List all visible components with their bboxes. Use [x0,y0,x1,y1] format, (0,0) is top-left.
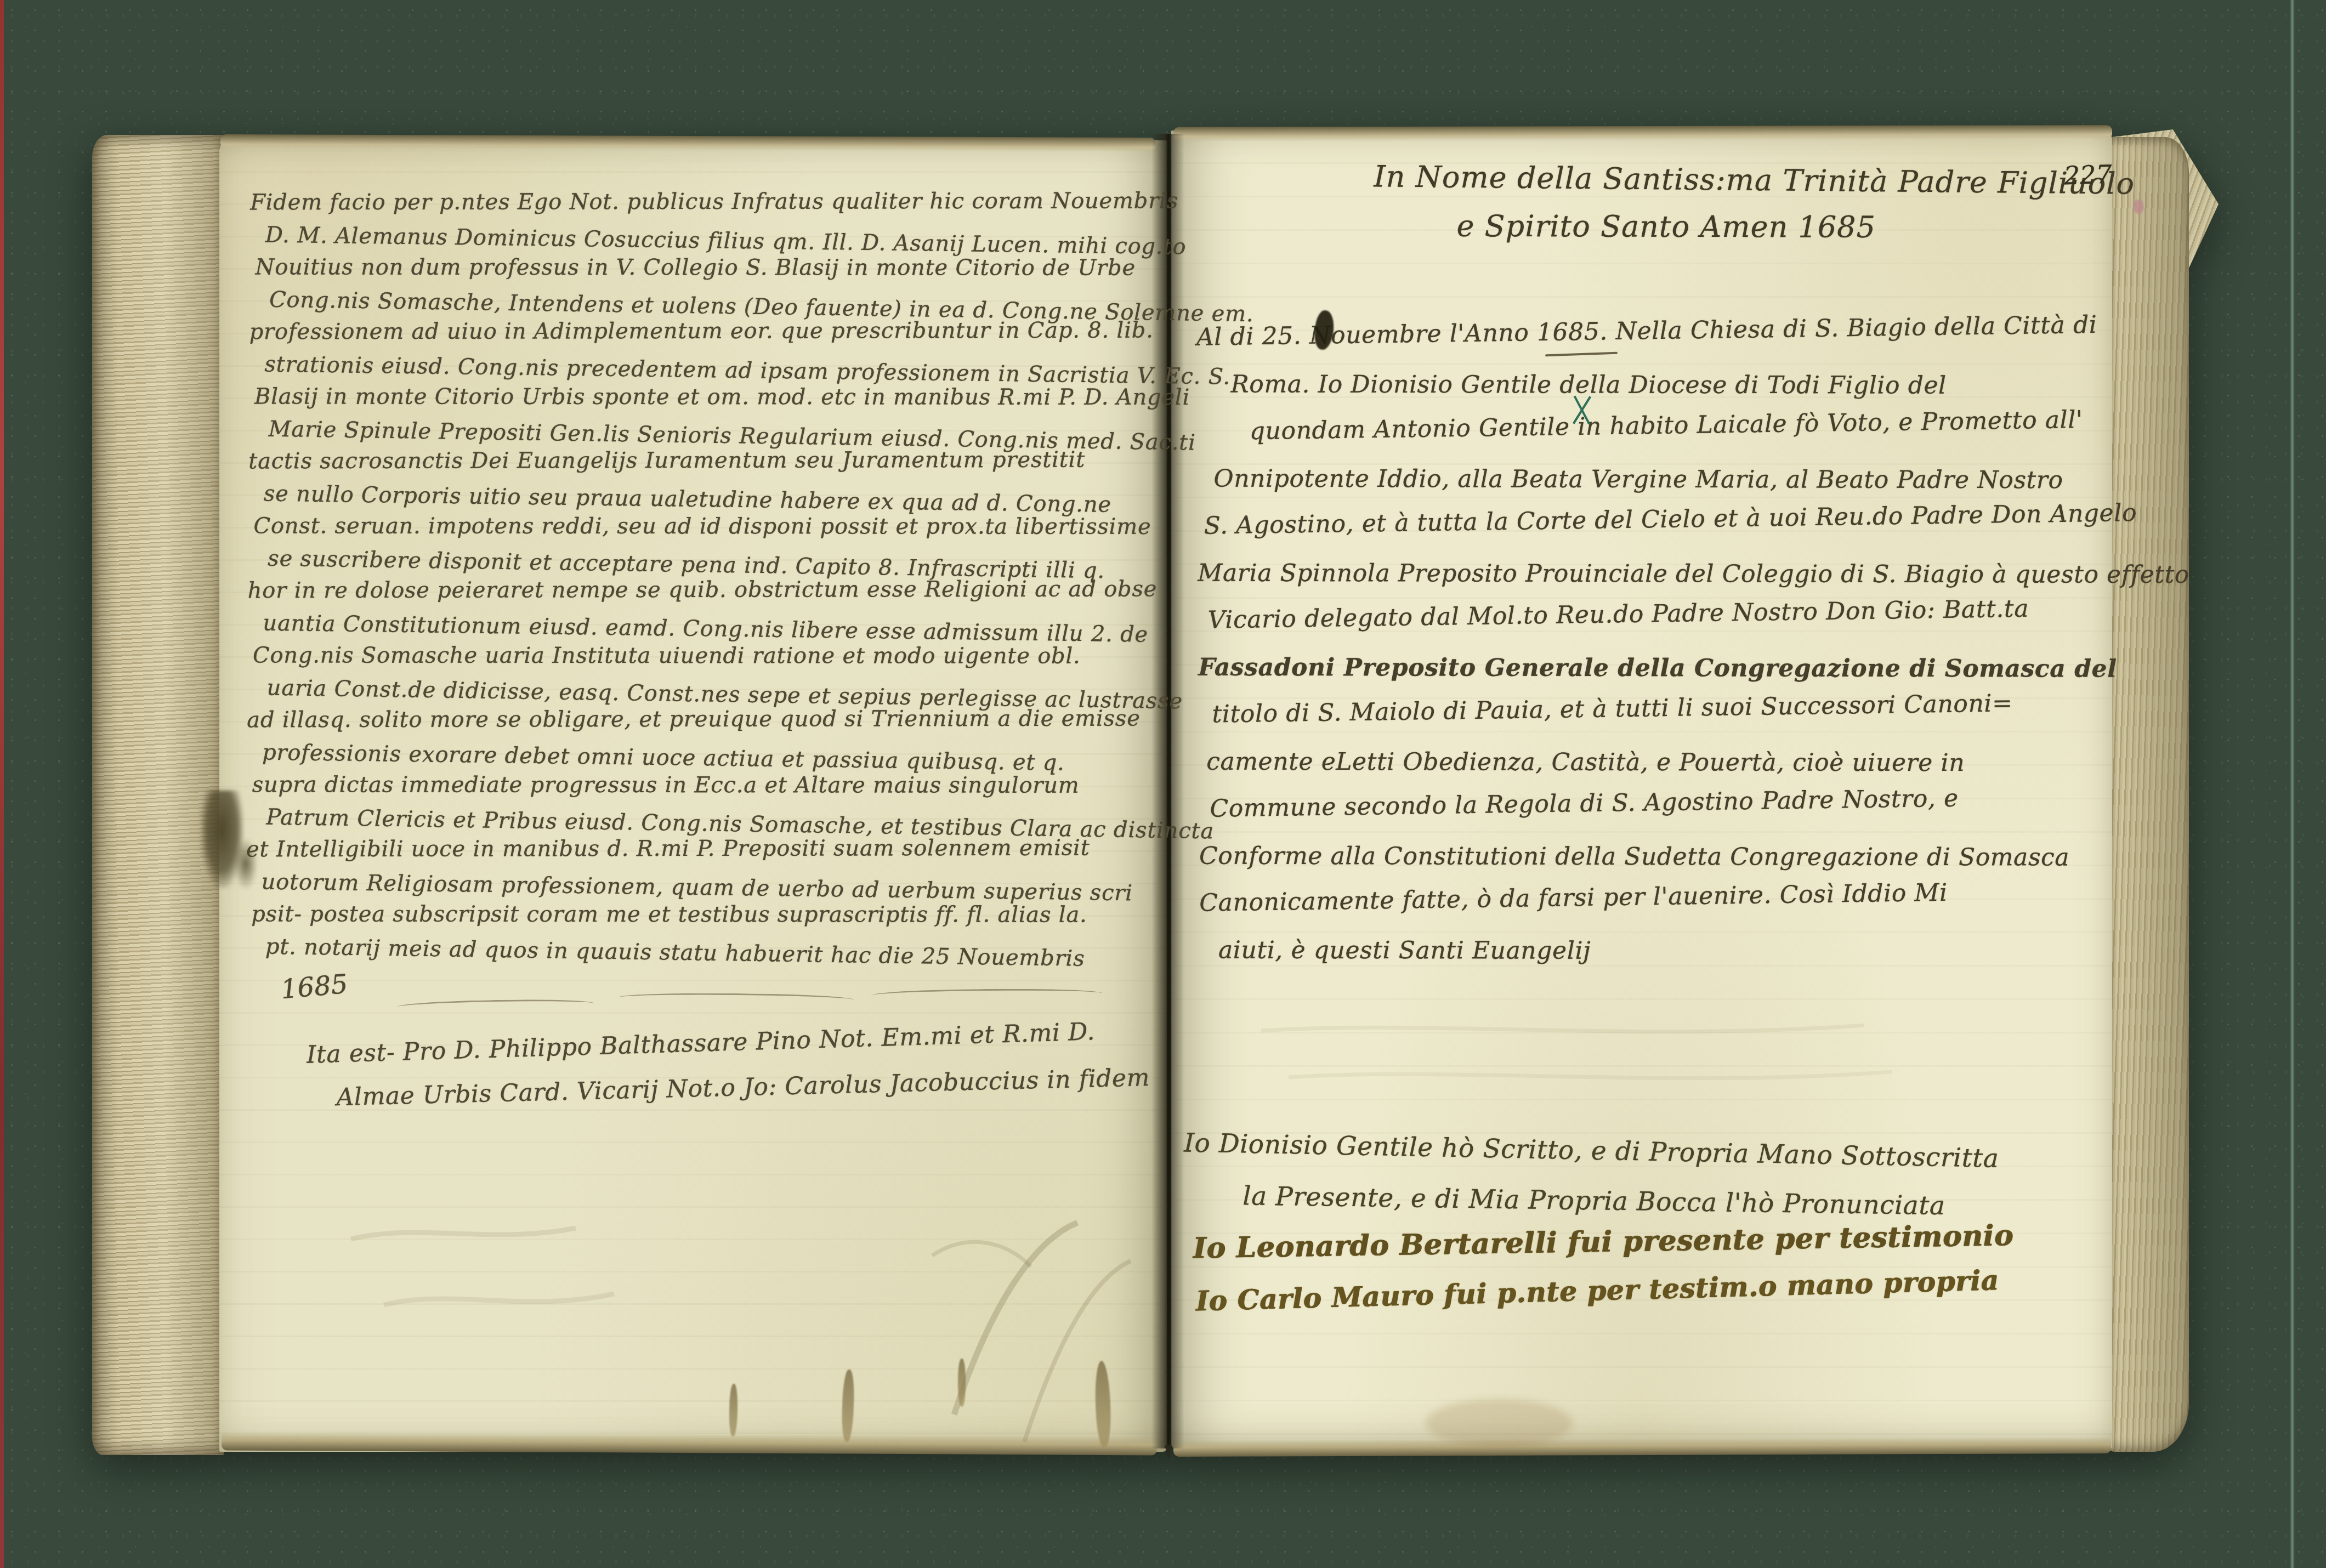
header-line: In Nome della Santiss:ma Trinità Padre F… [1374,152,2135,208]
left-page-latin-act: Fidem facio per p.ntes Ego Not. publicus… [246,186,1255,969]
left-manuscript-line: Cong.nis Somasche uaria Instituta uiuend… [253,639,1251,673]
left-manuscript-line: Fidem facio per p.ntes Ego Not. publicus… [250,185,1255,219]
left-manuscript-line: et Intelligibili uoce in manibus d. R.mi… [246,832,1251,866]
scanned-book-photo: Fidem facio per p.ntes Ego Not. publicus… [0,0,2326,1568]
left-manuscript-line: ad illasq. solito more se obligare, et p… [247,702,1251,736]
right-page-vow-text: Al di 25. Nouembre l'Anno 1685. Nella Ch… [1196,309,2192,974]
left-page-year: 1685 [280,969,349,1005]
left-manuscript-line: Blasij in monte Citorio Urbis sponte et … [254,380,1253,414]
left-manuscript-line: hor in re dolose peieraret nempe se quib… [248,573,1252,607]
left-manuscript-line: tactis sacrosanctis Dei Euangelijs Iuram… [248,444,1253,478]
ink-drip [958,1359,966,1407]
fore-edge-stain-small [234,838,258,890]
right-page-invocation-header: In Nome della Santiss:ma Trinità Padre F… [1373,152,2135,257]
left-manuscript-line: supra dictas immediate progressus in Ecc… [252,769,1251,802]
right-page-signatures: Io Dionisio Gentile hò Scritto, e di Pro… [1182,1117,2015,1334]
green-x-mark [1566,390,1595,430]
left-manuscript-line: Nouitius non dum professus in V. Collegi… [255,251,1253,285]
open-manuscript-book: Fidem facio per p.ntes Ego Not. publicus… [0,0,2326,1568]
page-number: 227 [2063,159,2113,190]
pink-spot-right-edge [2133,200,2144,214]
right-page-top-edge [1173,125,2112,141]
left-manuscript-line: psit- postea subscripsit coram me et tes… [251,898,1250,931]
left-manuscript-line: Const. seruan. impotens reddi, seu ad id… [254,510,1252,543]
vow-line: aiuti, è questi Santi Euangelij [1218,927,2192,976]
right-page-bottom-edge [1173,1437,2111,1457]
header-line: e Spirito Santo Amen 1685 [1456,202,2134,252]
left-manuscript-line: professionem ad uiuo in Adimplementum eo… [249,314,1254,348]
bottom-right-stain [1426,1399,1573,1447]
